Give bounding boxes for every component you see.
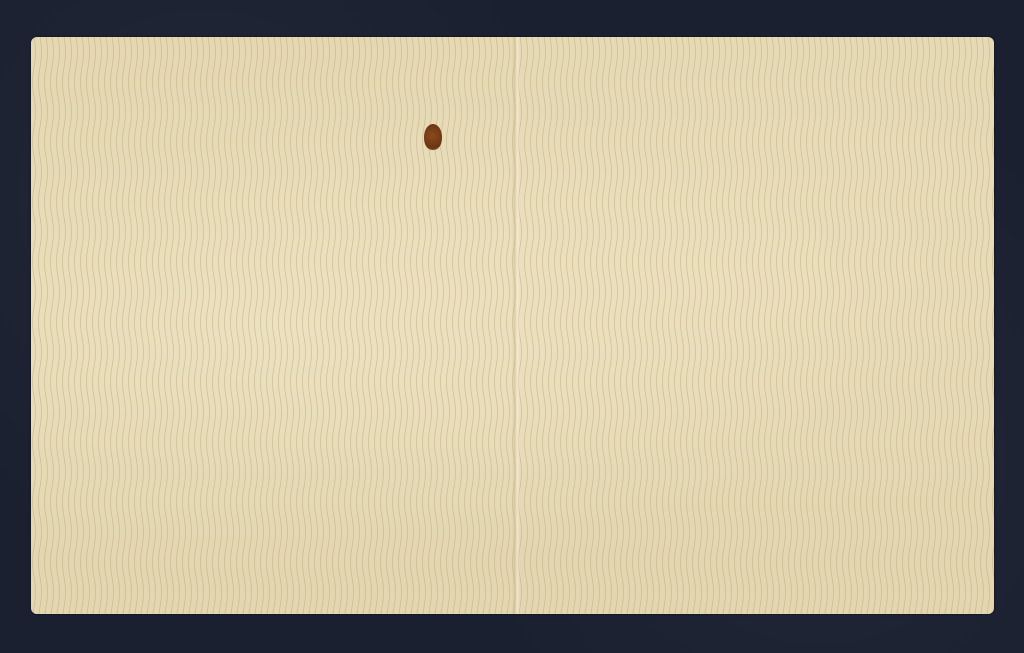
- brown-stain: [424, 124, 442, 150]
- center-fold: [512, 37, 520, 614]
- paper-note: [31, 37, 994, 614]
